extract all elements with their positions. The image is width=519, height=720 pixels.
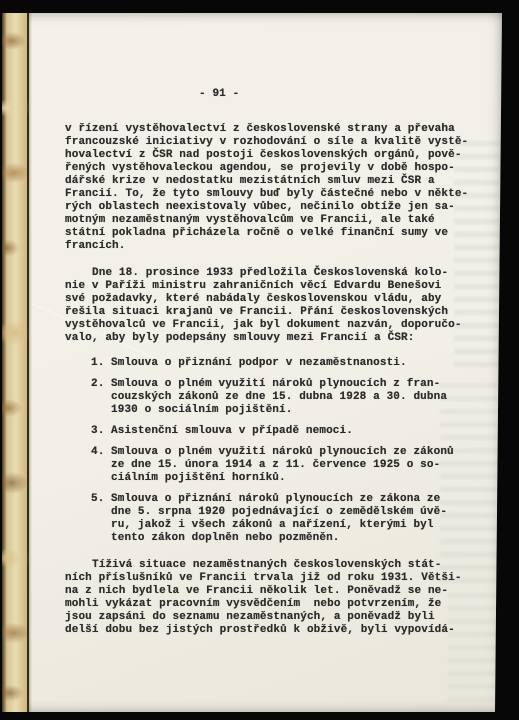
list-item-text: Smlouva o plném využití nároků plynoucíc… (111, 446, 454, 485)
list-item-number: 3. (91, 425, 111, 438)
page-number: - 91 - (199, 88, 469, 101)
list-item-number: 5. (91, 493, 111, 545)
book-binding-edge (2, 13, 29, 712)
scan-black-frame: - 91 - v řízení vystěhovalectví z českos… (0, 0, 519, 720)
list-item-text: Asistenční smlouva v případě nemoci. (111, 425, 353, 438)
list-item: 1. Smlouva o přiznání podpor v nezaměstn… (91, 357, 469, 370)
binding-crease-shadow (29, 13, 32, 712)
list-item-text: Smlouva o plném využití nároků plynoucíc… (111, 378, 447, 417)
list-item: 5. Smlouva o přiznání nároků plynoucích … (91, 493, 469, 545)
paragraph-2: Dne 18. prosince 1933 předložila Českosl… (65, 267, 469, 345)
typewritten-text-block: - 91 - v řízení vystěhovalectví z českos… (65, 13, 469, 637)
paragraph-1: v řízení vystěhovalectví z československ… (65, 123, 469, 253)
paragraph-3: Tíživá situace nezaměstnaných českoslove… (65, 559, 469, 637)
scanned-page: - 91 - v řízení vystěhovalectví z českos… (2, 13, 502, 712)
list-item: 3. Asistenční smlouva v případě nemoci. (91, 425, 469, 438)
list-item-number: 1. (91, 357, 111, 370)
list-item-text: Smlouva o přiznání nároků plynoucích ze … (111, 493, 447, 545)
list-item: 4. Smlouva o plném využití nároků plynou… (91, 446, 469, 485)
list-item-number: 4. (91, 446, 111, 485)
list-item-number: 2. (91, 378, 111, 417)
list-item: 2. Smlouva o plném využití nároků plynou… (91, 378, 469, 417)
treaty-numbered-list: 1. Smlouva o přiznání podpor v nezaměstn… (91, 357, 469, 545)
list-item-text: Smlouva o přiznání podpor v nezaměstnano… (111, 357, 407, 370)
